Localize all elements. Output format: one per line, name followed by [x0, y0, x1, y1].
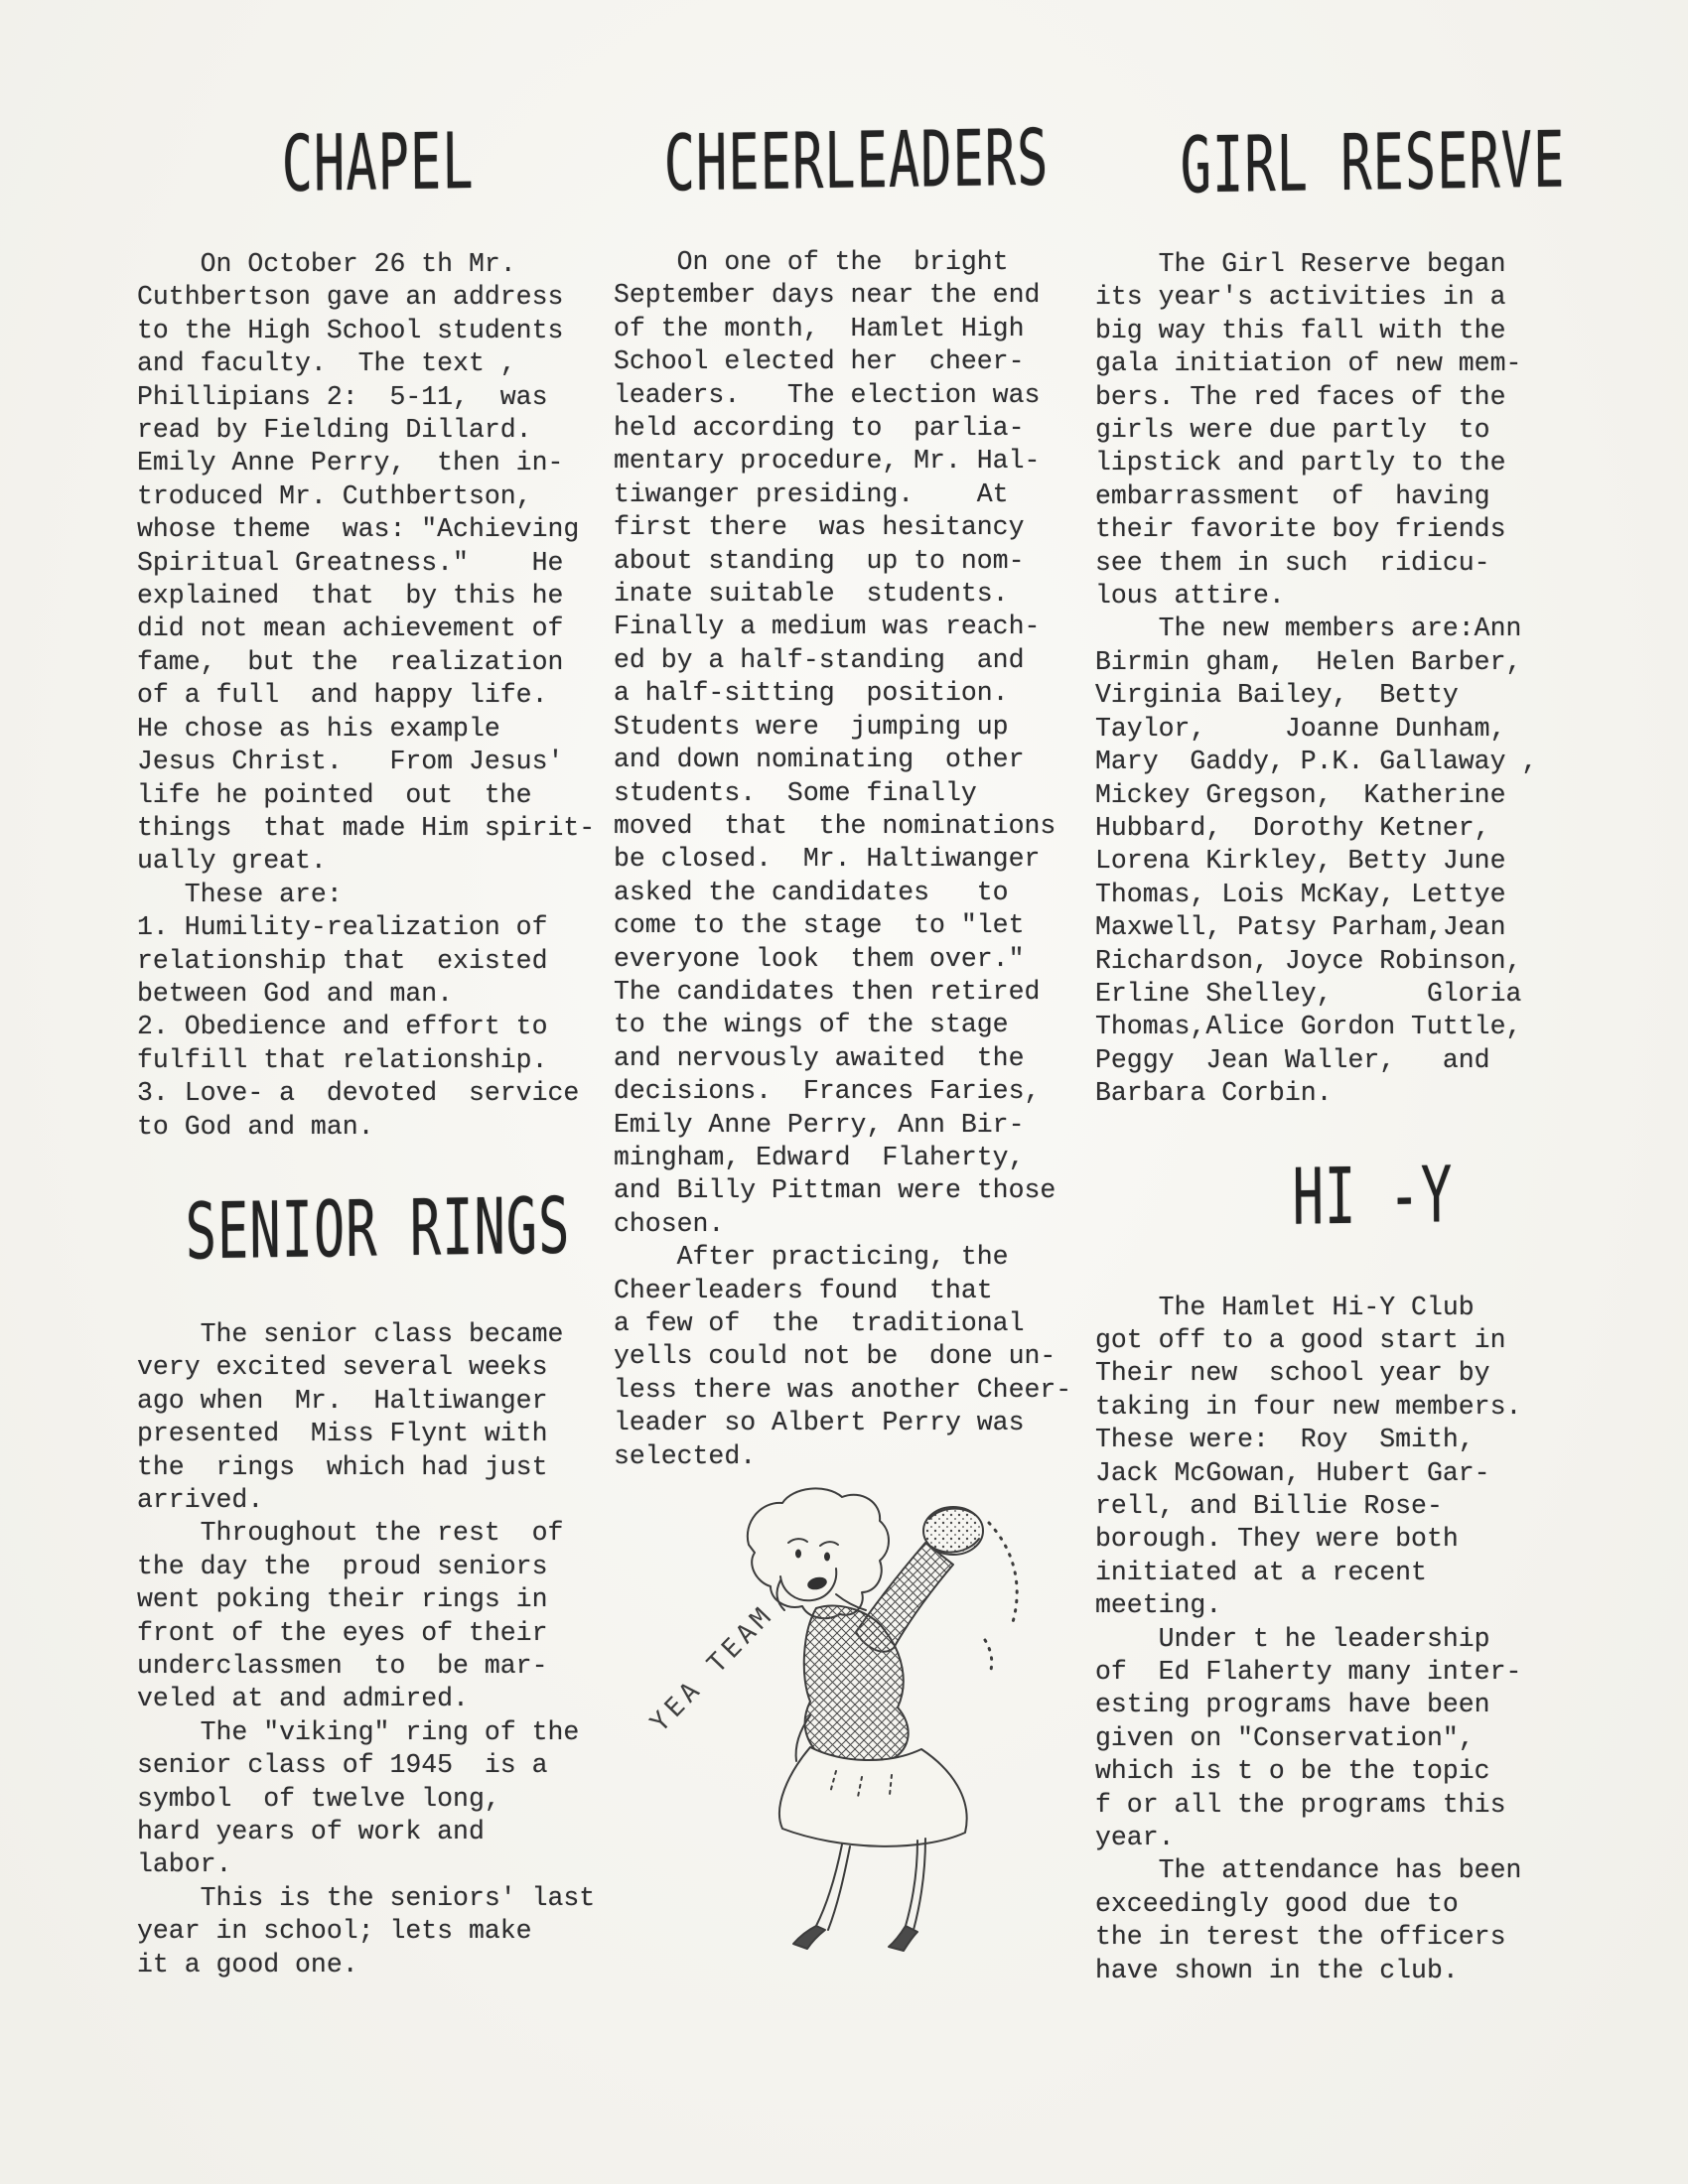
cheerleader-illustration: YEA TEAM	[632, 1481, 1068, 1958]
cheerleaders-headline-row: CHEERLEADERS	[614, 147, 1100, 224]
chapel-paragraph-1: On October 26 th Mr.Cuthbertson gave an …	[137, 248, 620, 879]
shoe-right	[889, 1926, 917, 1951]
senior-rings-paragraph-2: Throughout the rest ofthe day the proud …	[137, 1517, 620, 1715]
senior-rings-paragraph-3: The "viking" ring of thesenior class of …	[137, 1716, 620, 1882]
column-middle: CHEERLEADERS On one of the brightSeptemb…	[614, 147, 1100, 1958]
section-title-girl-reserve: GIRL RESERVE	[1181, 116, 1566, 211]
chapel-headline-row: CHAPEL	[137, 149, 620, 226]
senior-rings-paragraph-1: The senior class becamevery excited seve…	[137, 1318, 620, 1517]
girl-reserve-paragraph-1: The Girl Reserve beganits year's activit…	[1095, 248, 1651, 613]
section-title-senior-rings: SENIOR RINGS	[186, 1182, 571, 1278]
section-title-hi-y: HI -Y	[1293, 1151, 1454, 1243]
cheerleaders-paragraph-1: On one of the brightSeptember days near …	[614, 246, 1100, 1241]
column-left: CHAPEL On October 26 th Mr.Cuthbertson g…	[137, 149, 620, 1981]
shoe-left	[793, 1926, 825, 1949]
chapel-paragraph-2: These are:1. Humility-realization ofrela…	[137, 879, 620, 1144]
hi-y-paragraph-3: The attendance has beenexceedingly good …	[1095, 1854, 1651, 1987]
hi-y-paragraph-2: Under t he leadershipof Ed Flaherty many…	[1095, 1623, 1651, 1855]
girl-reserve-paragraph-2: The new members are:AnnBirmin gham, Hele…	[1095, 613, 1651, 1110]
girl-reserve-headline-row: GIRL RESERVE	[1095, 149, 1651, 226]
yea-team-caption: YEA TEAM	[644, 1599, 779, 1738]
column-right: GIRL RESERVE The Girl Reserve beganits y…	[1095, 149, 1651, 1987]
newspaper-page: CHAPEL On October 26 th Mr.Cuthbertson g…	[0, 0, 1688, 2184]
senior-rings-paragraph-4: This is the seniors' lastyear in school;…	[137, 1882, 620, 1981]
hi-y-headline-row: HI -Y	[1095, 1182, 1651, 1260]
section-title-cheerleaders: CHEERLEADERS	[664, 114, 1050, 209]
senior-rings-headline-row: SENIOR RINGS	[137, 1215, 620, 1293]
section-title-chapel: CHAPEL	[281, 117, 474, 209]
hi-y-paragraph-1: The Hamlet Hi-Y Clubgot off to a good st…	[1095, 1292, 1651, 1623]
cheerleaders-paragraph-2: After practicing, theCheerleaders found …	[614, 1241, 1100, 1473]
skirt	[779, 1747, 967, 1846]
